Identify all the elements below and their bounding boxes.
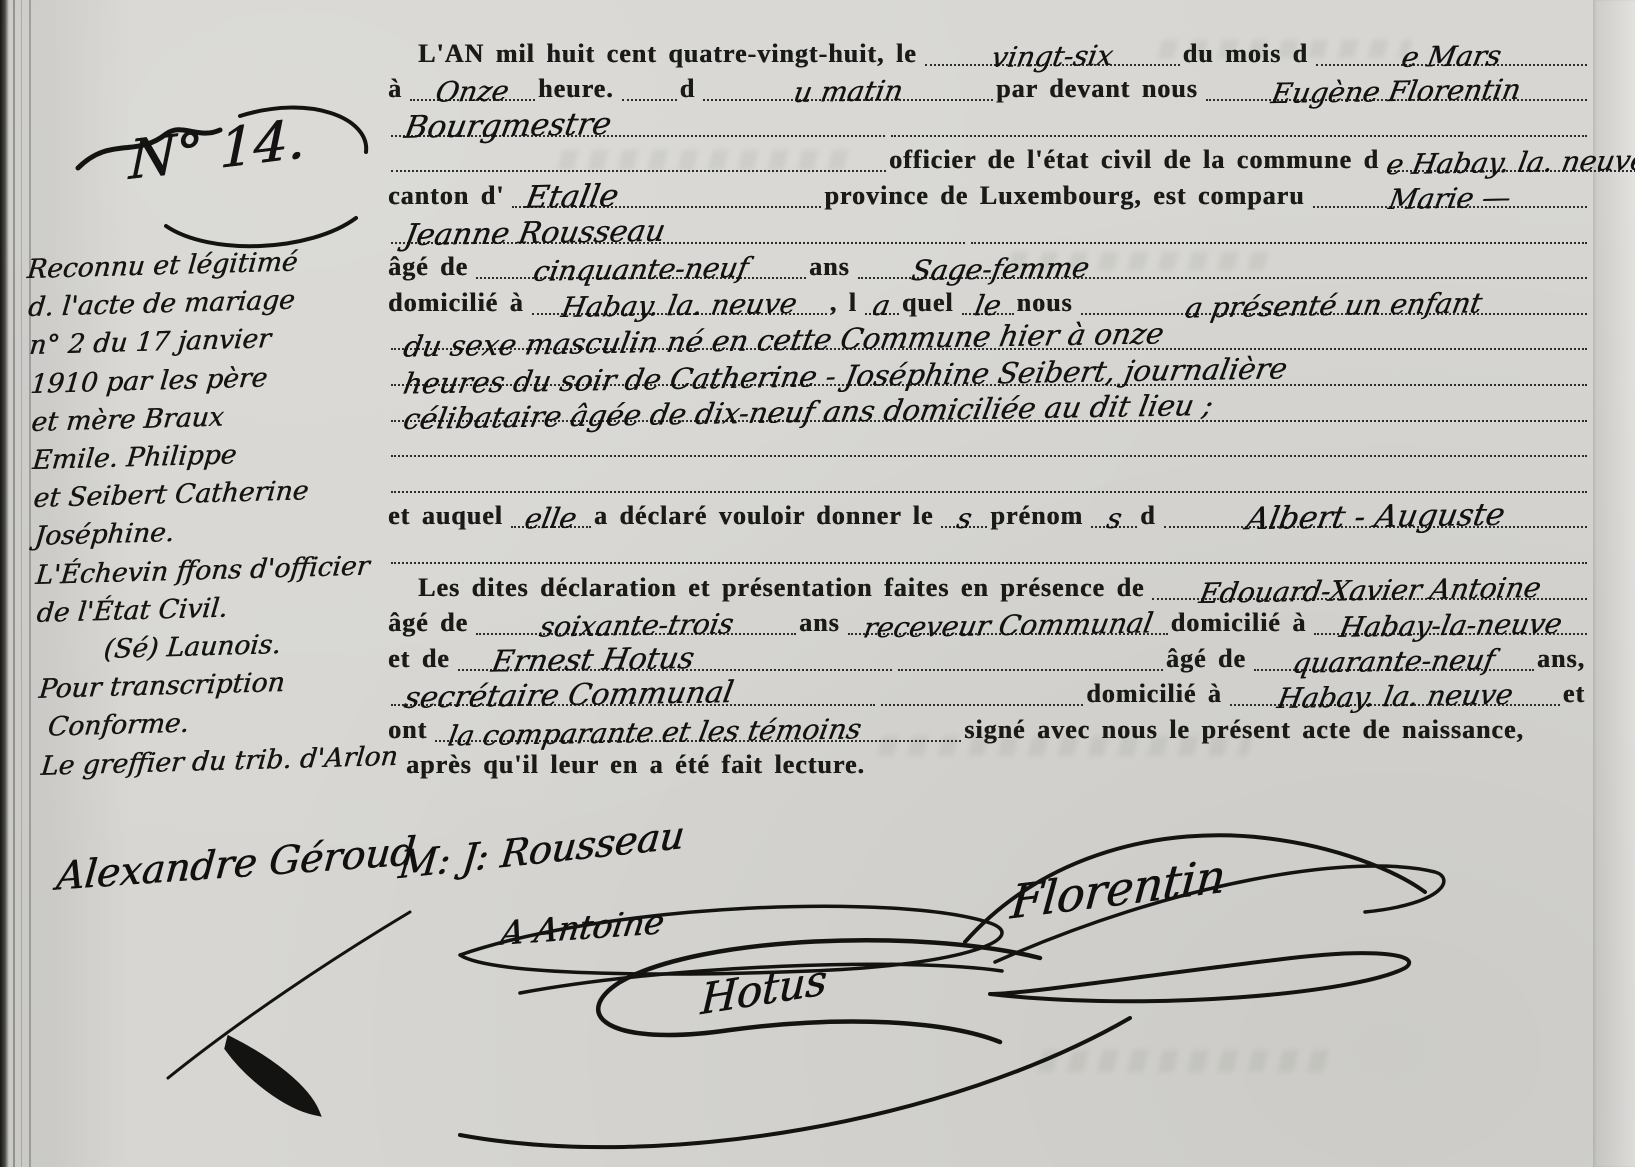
form-line: L'AN mil huit cent quatre-vingt-huit, le… <box>388 34 1590 70</box>
handwriting-fill: Sage-femme <box>858 256 1587 279</box>
printed-text: d <box>680 76 695 102</box>
printed-text: âgé de <box>1166 646 1246 672</box>
printed-text: canton d' <box>388 183 504 209</box>
form-line: secrétaire Communal domicilié à Habay. l… <box>388 675 1590 711</box>
printed-text: domicilié à <box>1171 610 1307 636</box>
printed-text: L'AN mil huit cent quatre-vingt-huit, le <box>418 41 917 67</box>
handwriting-fill: secrétaire Communal <box>391 681 875 706</box>
form-line: âgé de soixante-trois ans receveur Commu… <box>388 604 1590 640</box>
handwriting-fill: receveur Communal <box>848 612 1168 635</box>
handwriting-fill: Eugène Florentin <box>1206 78 1587 101</box>
form-line: âgé de cinquante-neuf ans Sage-femme <box>388 248 1590 284</box>
printed-text: a déclaré vouloir donner le <box>594 503 934 529</box>
handwriting-fill: u matin <box>703 78 993 101</box>
handwriting-fill: célibataire âgée de dix-neuf ans domicil… <box>391 398 1587 422</box>
form-line: Jeanne Rousseau <box>388 212 1590 248</box>
clerk-signature-flourish <box>110 900 450 1090</box>
handwriting-fill: a <box>865 292 899 315</box>
printed-text: âgé de <box>388 254 468 280</box>
printed-text: après qu'il leur en a été fait lecture. <box>406 752 865 778</box>
margin-rule-line <box>21 0 22 1167</box>
dotted-leader <box>391 489 1587 493</box>
form-line: officier de l'état civil de la commune d… <box>388 141 1590 177</box>
handwriting-fill: s <box>1091 505 1137 528</box>
handwriting-fill: Ernest Hotus <box>458 646 892 671</box>
form-line: domicilié à Habay. la. neuve , l a quel … <box>388 283 1590 319</box>
printed-text: ans, <box>1537 646 1585 672</box>
handwriting-fill: Bourgmestre <box>391 111 885 137</box>
dotted-leader <box>391 453 1587 457</box>
handwriting-fill: a présenté un enfant <box>1081 292 1587 315</box>
binding-spine <box>0 0 9 1167</box>
dotted-leader <box>891 133 1587 137</box>
printed-text: domicilié à <box>388 290 524 316</box>
dotted-leader <box>898 667 1163 671</box>
printed-text: d <box>1140 503 1155 529</box>
printed-text: et de <box>388 646 450 672</box>
printed-text: province de Luxembourg, est comparu <box>824 183 1304 209</box>
handwriting-fill: Etalle <box>512 182 821 208</box>
dotted-leader <box>971 240 1587 244</box>
form-line: Les dites déclaration et présentation fa… <box>388 568 1590 604</box>
dotted-leader <box>391 560 1587 564</box>
printed-text: officier de l'état civil de la commune d <box>889 147 1379 173</box>
printed-text: quel <box>902 290 954 316</box>
printed-text: ont <box>388 717 427 743</box>
handwriting-fill: heures du soir de Catherine - Joséphine … <box>391 362 1587 386</box>
printed-text: domicilié à <box>1086 681 1222 707</box>
printed-text: et <box>1563 681 1585 707</box>
handwriting-fill: quarante-neuf <box>1254 648 1534 671</box>
handwriting-fill: e Habay. la. neuve <box>1387 149 1635 172</box>
printed-text: à <box>388 76 402 102</box>
form-line: à Onze heure. d u matin par devant nous … <box>388 70 1590 106</box>
printed-text: du mois d <box>1183 41 1308 67</box>
handwriting-fill: vingt-six <box>925 43 1180 66</box>
form-line: après qu'il leur en a été fait lecture. <box>388 746 1590 782</box>
handwriting-fill: Habay-la-neuve <box>1314 612 1587 635</box>
form-line: ont la comparante et les témoins signé a… <box>388 710 1590 746</box>
printed-text: et auquel <box>388 503 503 529</box>
margin-rule-line <box>29 0 31 1167</box>
declarant-signature: M: J: Rousseau <box>396 813 686 888</box>
dotted-leader <box>622 97 677 101</box>
handwriting-fill: Jeanne Rousseau <box>391 219 965 244</box>
handwriting-fill: cinquante-neuf <box>476 256 806 279</box>
printed-text: , l <box>830 290 857 316</box>
register-scan-page: N° 14. Reconnu et légitimé d. l'acte de … <box>0 0 1635 1167</box>
dotted-leader <box>391 168 886 172</box>
officer-signature-flourish <box>935 812 1475 1022</box>
handwriting-fill: soixante-trois <box>476 612 796 635</box>
handwriting-fill: Marie — <box>1313 185 1587 208</box>
printed-text: Les dites déclaration et présentation fa… <box>418 575 1144 601</box>
printed-text: signé avec nous le présent acte de naiss… <box>964 717 1524 743</box>
form-line <box>388 461 1590 497</box>
handwriting-fill: Edouard-Xavier Antoine <box>1152 577 1587 600</box>
clerk-signature: Alexandre Géroud <box>54 829 417 899</box>
printed-text: heure. <box>538 76 614 102</box>
handwriting-fill: Habay. la. neuve <box>532 292 827 315</box>
handwriting-fill: Albert - Auguste <box>1164 502 1587 528</box>
margin-rule-line <box>13 0 15 1167</box>
printed-text: âgé de <box>388 610 468 636</box>
printed-text: nous <box>1017 290 1073 316</box>
handwriting-fill: la comparante et les témoins <box>435 719 961 742</box>
form-body: L'AN mil huit cent quatre-vingt-huit, le… <box>388 34 1590 781</box>
printed-text: ans <box>809 254 850 280</box>
form-line: et de Ernest Hotus âgé de quarante-neuf … <box>388 639 1590 675</box>
handwriting-fill: s <box>941 505 987 528</box>
handwriting-fill: elle <box>511 505 591 528</box>
printed-text: par devant nous <box>996 76 1198 102</box>
handwriting-fill: du sexe masculin né en cette Commune hie… <box>391 326 1587 350</box>
handwriting-fill: Onze <box>410 78 535 101</box>
form-line: du sexe masculin né en cette Commune hie… <box>388 319 1590 355</box>
form-line: Bourgmestre <box>388 105 1590 141</box>
form-line: canton d' Etalle province de Luxembourg,… <box>388 176 1590 212</box>
form-line: et auquel elle a déclaré vouloir donner … <box>388 497 1590 533</box>
margin-note: Reconnu et légitimé d. l'acte de mariage… <box>27 241 396 786</box>
handwriting-fill: Habay. la. neuve <box>1230 683 1560 706</box>
form-line <box>388 532 1590 568</box>
printed-text: prénom <box>990 503 1083 529</box>
handwriting-fill: e Mars <box>1316 43 1587 66</box>
printed-text: ans <box>799 610 840 636</box>
handwriting-fill: le <box>962 292 1014 315</box>
dotted-leader <box>881 702 1083 706</box>
